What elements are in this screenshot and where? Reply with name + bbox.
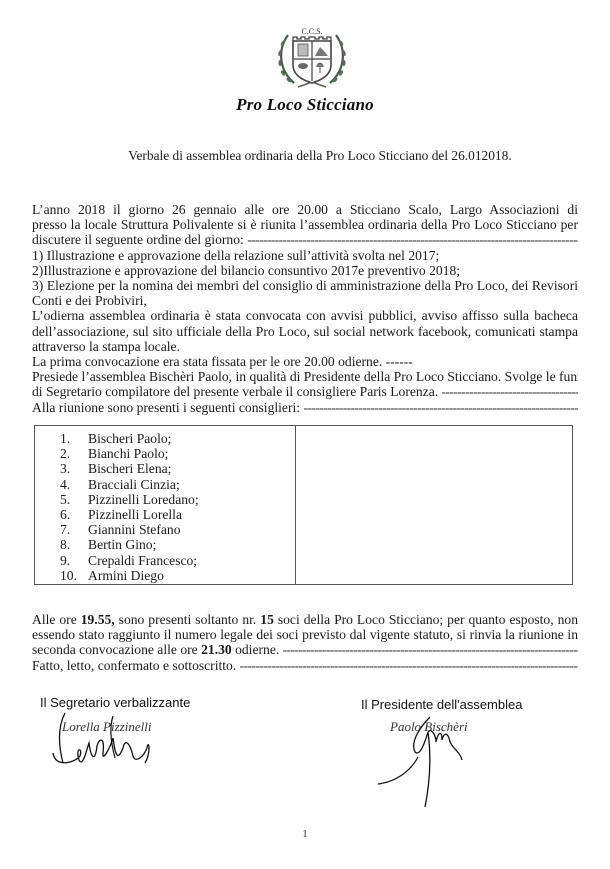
councillors-table: 1.Bischeri Paolo;2.Bianchi Paolo;3.Bisch… [34, 425, 573, 585]
councillor-number: 8. [60, 537, 70, 552]
svg-text:C.C.S.: C.C.S. [301, 27, 322, 36]
coat-of-arms-logo: C.C.S. [272, 25, 352, 93]
convocation-line-3: attraverso la stampa locale. [32, 339, 578, 354]
councillors-list: 1.Bischeri Paolo;2.Bianchi Paolo;3.Bisch… [35, 431, 293, 583]
time-second: 21.30 [201, 642, 232, 657]
councillor-number: 1. [60, 431, 70, 446]
convocation-line-2: dell’associazione, sul sito ufficiale de… [32, 324, 578, 339]
councillor-name: Bracciali Cinzia; [88, 477, 180, 492]
presidency-line-2: di Segretario compilatore del presente v… [32, 384, 578, 399]
president-signature [370, 712, 490, 812]
councillor-row: 9.Crepaldi Francesco; [35, 553, 293, 568]
agenda-item-3-cont: Conti e dei Probiviri, [32, 293, 578, 308]
councillor-name: Bischeri Paolo; [88, 431, 171, 446]
first-call: La prima convocazione era stata fissata … [32, 354, 578, 369]
agenda-item-3: 3) Elezione per la nomina dei membri del… [32, 278, 578, 293]
conclusion-line-3: seconda convocazione alle ore 21.30 odie… [32, 642, 578, 657]
councillor-number: 10. [60, 568, 77, 583]
councillor-row: 7.Giannini Stefano [35, 522, 293, 537]
councillor-row: 2.Bianchi Paolo; [35, 446, 293, 461]
councillor-row: 5.Pizzinelli Loredano; [35, 492, 293, 507]
page-number: 1 [0, 828, 610, 840]
secretary-signature [45, 708, 165, 778]
time-first: 19.55, [81, 612, 115, 627]
document-title: Verbale di assemblea ordinaria della Pro… [0, 148, 610, 164]
councillor-number: 9. [60, 553, 70, 568]
councillor-number: 7. [60, 522, 70, 537]
councillor-number: 4. [60, 477, 70, 492]
councillor-row: 1.Bischeri Paolo; [35, 431, 293, 446]
councillor-row: 8.Bertin Gino; [35, 537, 293, 552]
councillor-number: 3. [60, 461, 70, 476]
members-count: 15 [260, 612, 274, 627]
councillor-name: Bertin Gino; [88, 537, 156, 552]
convocation-line-1: L’odierna assemblea ordinaria è stata co… [32, 308, 578, 323]
councillor-row: 3.Bischeri Elena; [35, 461, 293, 476]
organization-name: Pro Loco Sticciano [0, 95, 610, 115]
councillor-name: Giannini Stefano [88, 522, 181, 537]
presidency-line-3: Alla riunione sono presenti i seguenti c… [32, 400, 578, 415]
councillor-name: Bischeri Elena; [88, 461, 171, 476]
agenda-item-2: 2)Illustrazione e approvazione del bilan… [32, 263, 578, 278]
president-label: Il Presidente dell'assemblea [361, 697, 522, 712]
intro-line-2: presso la locale Struttura Polivalente s… [32, 217, 578, 232]
conclusion: Alle ore 19.55, sono presenti soltanto n… [32, 612, 578, 673]
conclusion-line-1: Alle ore 19.55, sono presenti soltanto n… [32, 612, 578, 627]
councillor-name: Pizzinelli Lorella [88, 507, 182, 522]
presidency-line-1: Presiede l’assemblea Bischèri Paolo, in … [32, 369, 578, 384]
table-column-divider [295, 426, 296, 584]
councillor-row: 4.Bracciali Cinzia; [35, 477, 293, 492]
councillor-name: Bianchi Paolo; [88, 446, 168, 461]
intro-line-3: discutere il seguente ordine del giorno:… [32, 232, 578, 247]
councillor-number: 5. [60, 492, 70, 507]
councillor-row: 6.Pizzinelli Lorella [35, 507, 293, 522]
closing-line: Fatto, letto, confermato e sottoscritto.… [32, 658, 578, 673]
councillor-number: 2. [60, 446, 70, 461]
conclusion-line-2: essendo stato raggiunto il numero legale… [32, 627, 578, 642]
minutes-body: L’anno 2018 il giorno 26 gennaio alle or… [32, 202, 578, 415]
intro-line-1: L’anno 2018 il giorno 26 gennaio alle or… [32, 202, 578, 217]
agenda-item-1: 1) Illustrazione e approvazione della re… [32, 248, 578, 263]
councillor-name: Armini Diego [88, 568, 164, 583]
councillor-number: 6. [60, 507, 70, 522]
councillor-name: Pizzinelli Loredano; [88, 492, 199, 507]
councillor-name: Crepaldi Francesco; [88, 553, 197, 568]
councillor-row: 10.Armini Diego [35, 568, 293, 583]
